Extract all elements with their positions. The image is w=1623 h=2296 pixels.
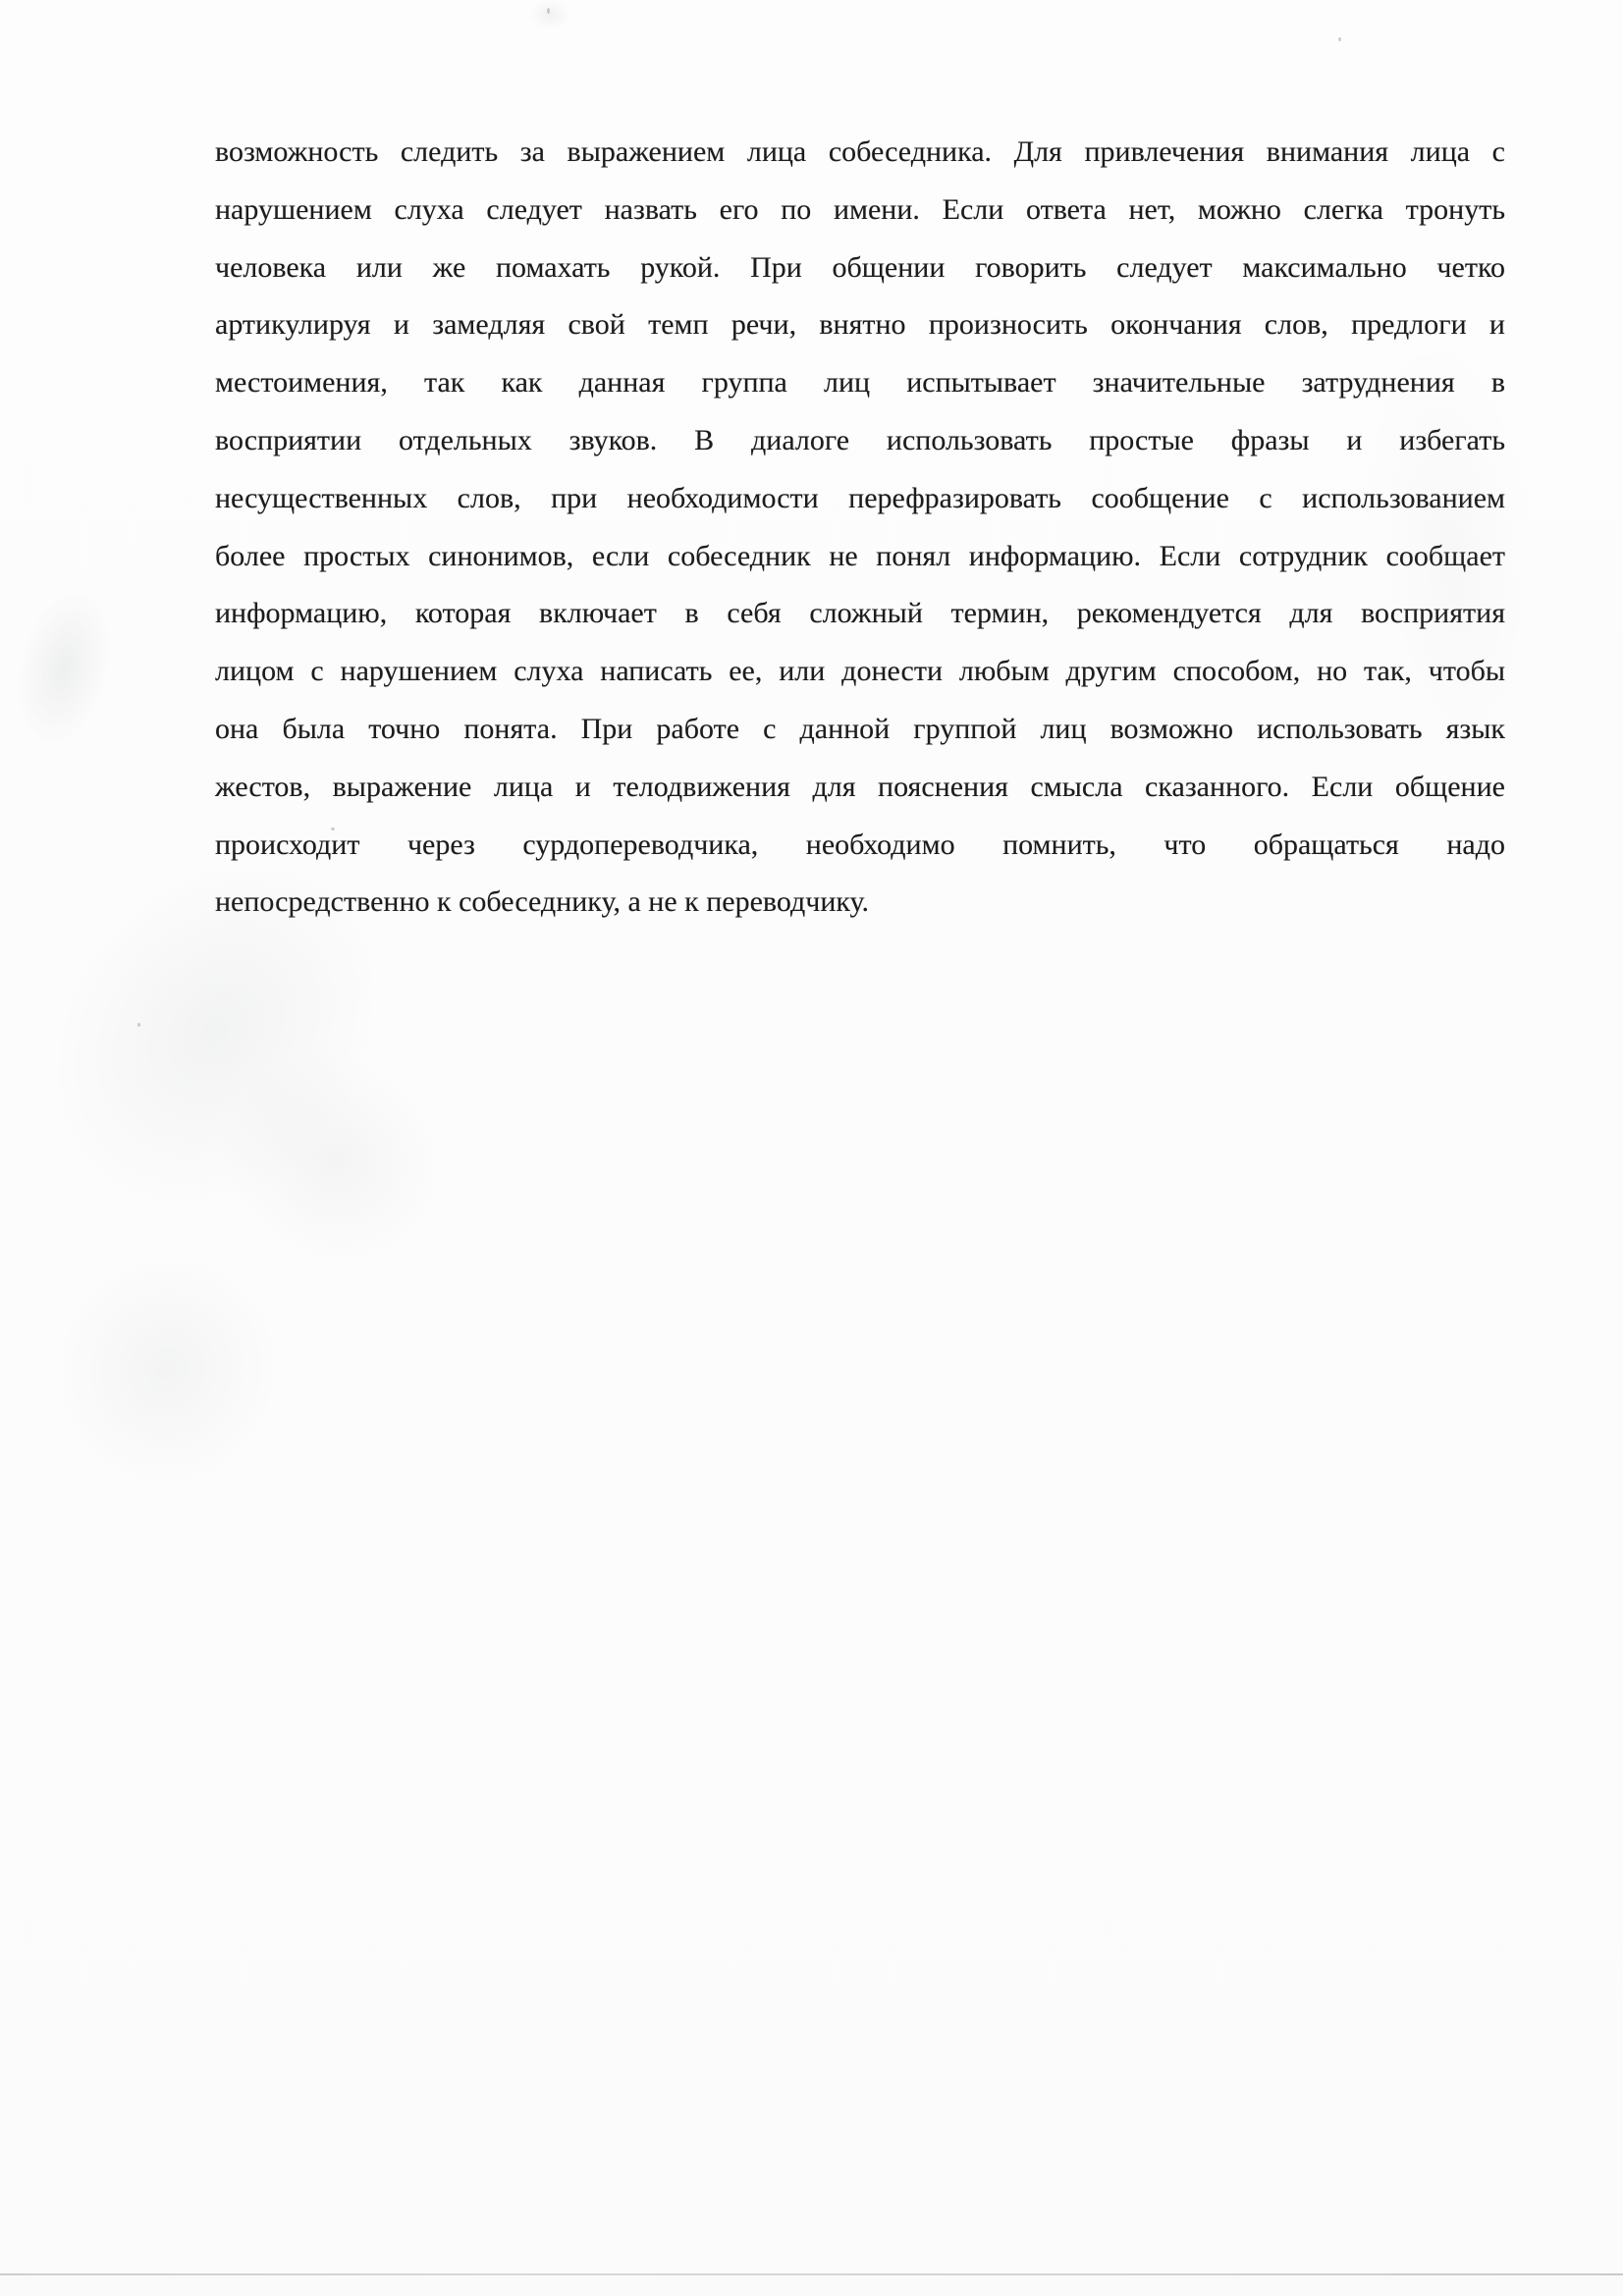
scan-speck-artifact: [137, 1023, 140, 1027]
text-line: информацию, которая включает в себя слож…: [215, 585, 1505, 643]
scan-smudge-artifact: [22, 1221, 313, 1517]
text-line: восприятии отдельных звуков. В диалоге и…: [215, 412, 1505, 470]
scan-smudge-artifact: [2, 580, 126, 754]
scan-speck-artifact: [547, 8, 550, 14]
text-line: возможность следить за выражением лица с…: [215, 124, 1505, 182]
paragraph: возможность следить за выражением лица с…: [215, 124, 1505, 932]
text-line: более простых синонимов, если собеседник…: [215, 528, 1505, 586]
text-line: местоимения, так как данная группа лиц и…: [215, 354, 1505, 412]
text-line: жестов, выражение лица и телодвижения дл…: [215, 759, 1505, 817]
text-line: несущественных слов, при необходимости п…: [215, 470, 1505, 528]
scan-smudge-artifact: [530, 0, 569, 29]
text-line: лицом с нарушением слуха написать ее, ил…: [215, 643, 1505, 701]
text-line: происходит через сурдопереводчика, необх…: [215, 817, 1505, 875]
text-line: непосредственно к собеседнику, а не к пе…: [215, 874, 1505, 932]
text-line: нарушением слуха следует назвать его по …: [215, 182, 1505, 240]
document-page: возможность следить за выражением лица с…: [0, 0, 1623, 2296]
text-line: человека или же помахать рукой. При обще…: [215, 240, 1505, 297]
scan-platen-edge-strip: [0, 2275, 1623, 2296]
text-line: она была точно понята. При работе с данн…: [215, 701, 1505, 759]
scan-speck-artifact: [1338, 37, 1341, 41]
text-line: артикулируя и замедляя свой темп речи, в…: [215, 296, 1505, 354]
scan-smudge-artifact: [190, 1018, 478, 1299]
